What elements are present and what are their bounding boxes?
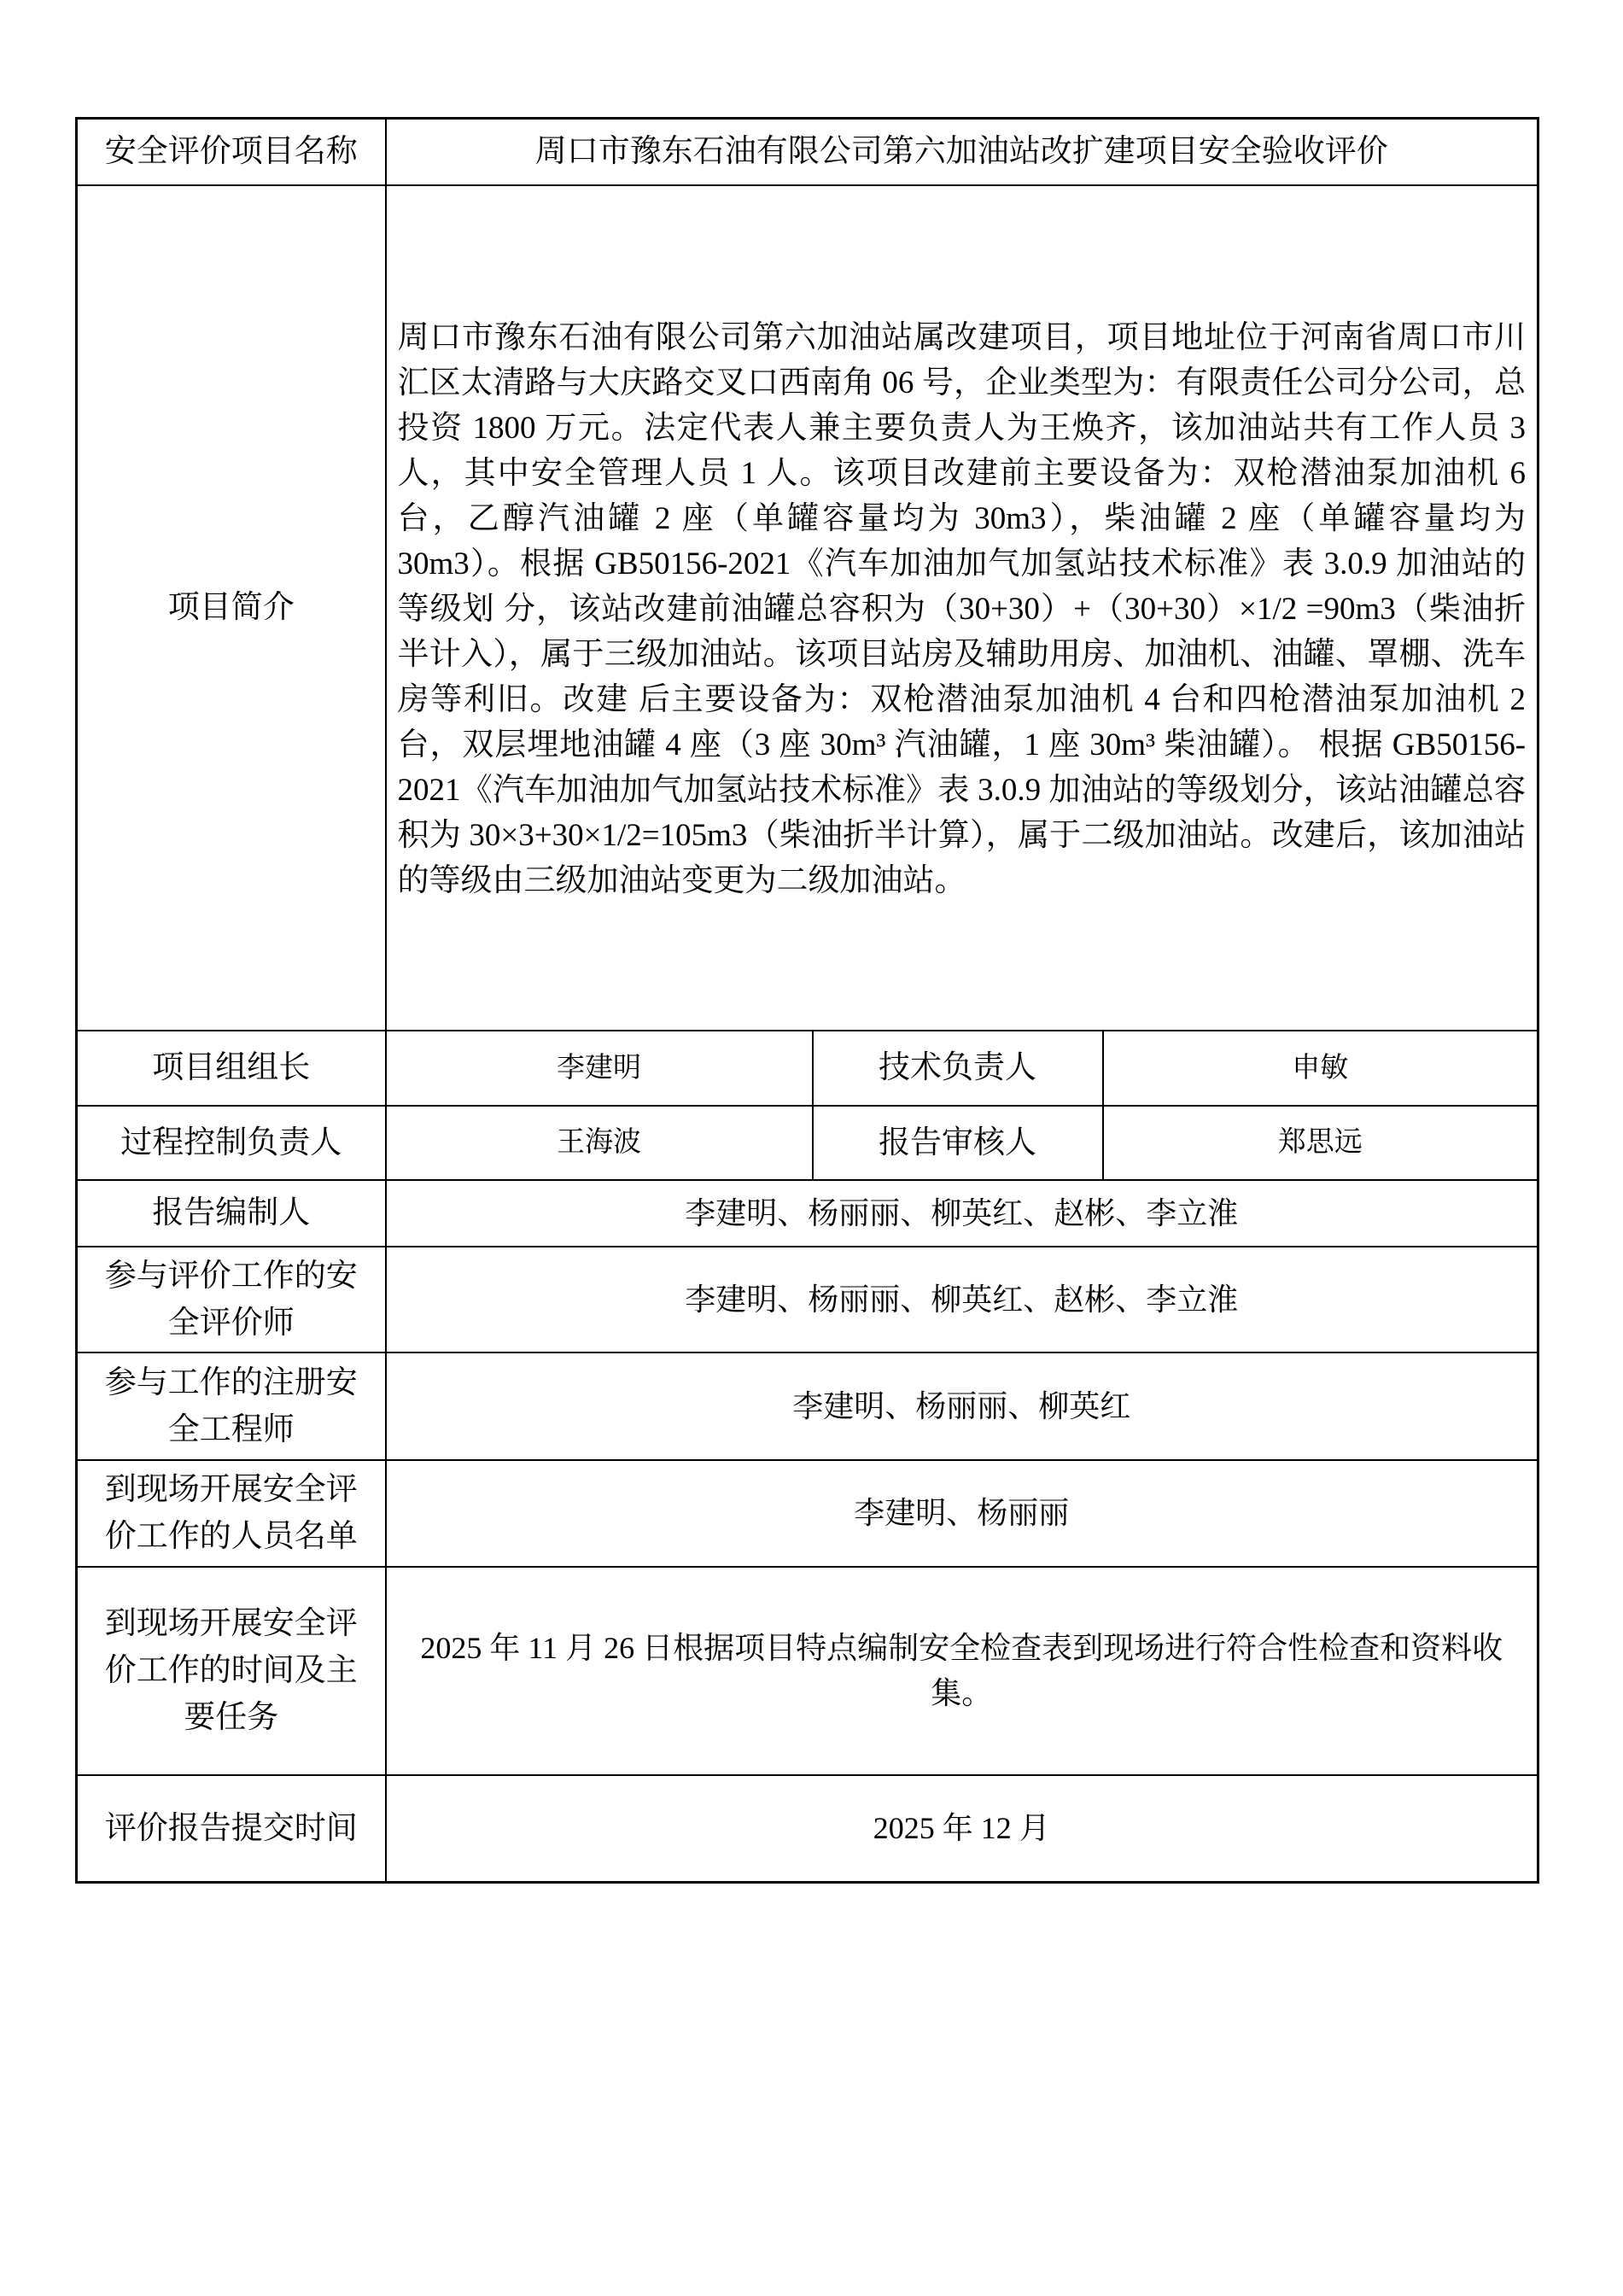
team-leader-value: 李建明 [386,1031,813,1106]
report-submission-value: 2025 年 12 月 [386,1775,1538,1883]
site-personnel-label: 到现场开展安全评价工作的人员名单 [77,1460,386,1567]
process-control-value: 王海波 [386,1106,813,1180]
row-project-name: 安全评价项目名称 周口市豫东石油有限公司第六加油站改扩建项目安全验收评价 [77,119,1538,185]
project-intro-label: 项目简介 [77,185,386,1031]
row-project-intro: 项目简介 周口市豫东石油有限公司第六加油站属改建项目，项目地址位于河南省周口市川… [77,185,1538,1031]
safety-evaluators-label: 参与评价工作的安全评价师 [77,1247,386,1352]
report-reviewer-label: 报告审核人 [813,1106,1103,1180]
report-submission-label: 评价报告提交时间 [77,1775,386,1883]
tech-lead-label: 技术负责人 [813,1031,1103,1106]
site-personnel-value: 李建明、杨丽丽 [386,1460,1538,1567]
project-info-table: 安全评价项目名称 周口市豫东石油有限公司第六加油站改扩建项目安全验收评价 项目简… [75,117,1539,1884]
site-schedule-value: 2025 年 11 月 26 日根据项目特点编制安全检查表到现场进行符合性检查和… [386,1567,1538,1775]
project-name-value: 周口市豫东石油有限公司第六加油站改扩建项目安全验收评价 [386,119,1538,185]
row-site-schedule: 到现场开展安全评价工作的时间及主要任务 2025 年 11 月 26 日根据项目… [77,1567,1538,1775]
report-reviewer-value: 郑思远 [1103,1106,1538,1180]
project-name-label: 安全评价项目名称 [77,119,386,185]
row-safety-evaluators: 参与评价工作的安全评价师 李建明、杨丽丽、柳英红、赵彬、李立淮 [77,1247,1538,1352]
site-schedule-label: 到现场开展安全评价工作的时间及主要任务 [77,1567,386,1775]
registered-engineers-label: 参与工作的注册安全工程师 [77,1352,386,1460]
row-process-control: 过程控制负责人 王海波 报告审核人 郑思远 [77,1106,1538,1180]
process-control-label: 过程控制负责人 [77,1106,386,1180]
safety-evaluators-value: 李建明、杨丽丽、柳英红、赵彬、李立淮 [386,1247,1538,1352]
report-authors-value: 李建明、杨丽丽、柳英红、赵彬、李立淮 [386,1180,1538,1247]
project-intro-text: 周口市豫东石油有限公司第六加油站属改建项目，项目地址位于河南省周口市川汇区太清路… [388,312,1537,903]
report-authors-label: 报告编制人 [77,1180,386,1247]
registered-engineers-value: 李建明、杨丽丽、柳英红 [386,1352,1538,1460]
project-intro-cell: 周口市豫东石油有限公司第六加油站属改建项目，项目地址位于河南省周口市川汇区太清路… [386,185,1538,1031]
row-registered-engineers: 参与工作的注册安全工程师 李建明、杨丽丽、柳英红 [77,1352,1538,1460]
row-site-personnel: 到现场开展安全评价工作的人员名单 李建明、杨丽丽 [77,1460,1538,1567]
row-report-submission: 评价报告提交时间 2025 年 12 月 [77,1775,1538,1883]
row-report-authors: 报告编制人 李建明、杨丽丽、柳英红、赵彬、李立淮 [77,1180,1538,1247]
tech-lead-value: 申敏 [1103,1031,1538,1106]
team-leader-label: 项目组组长 [77,1031,386,1106]
row-team-leader: 项目组组长 李建明 技术负责人 申敏 [77,1031,1538,1106]
